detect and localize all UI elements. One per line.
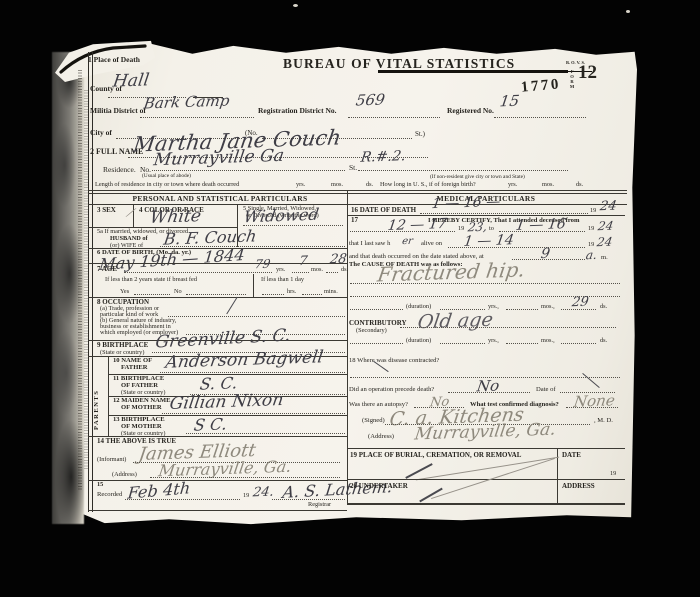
registrar-label: Registrar (308, 502, 331, 508)
militia-district-label: Militia District of (90, 107, 146, 115)
last-saw-er-value: er (401, 237, 413, 247)
rule (302, 294, 322, 295)
year-19-label: 19 (590, 208, 596, 214)
rule (88, 204, 627, 205)
rule (125, 499, 240, 500)
yrs-label: yrs. (296, 182, 305, 188)
mos-label: mos., (541, 338, 555, 344)
rule (243, 225, 343, 226)
duration-ds-value: 29 (571, 296, 589, 310)
cell-divider (133, 204, 134, 228)
disease-contracted-label: 18 Where was disease contracted? (349, 358, 439, 365)
rule (272, 499, 345, 500)
address-label: (Address) (368, 434, 394, 441)
color-race-value: White (149, 208, 202, 227)
item-15-label: 15 (97, 482, 103, 488)
column-divider (347, 190, 348, 505)
mos-label: mos. (311, 267, 323, 273)
yrs-label: yrs. (508, 182, 517, 188)
rule (140, 117, 254, 118)
yrs-label: yrs., (488, 338, 499, 344)
margin-fine-print (78, 70, 82, 490)
last-saw-label: that I last saw h (349, 241, 390, 248)
rule (186, 433, 345, 434)
last-saw-value: 1 — 14 (463, 233, 515, 249)
rule (506, 343, 538, 344)
rule (348, 117, 440, 118)
film-speck (626, 10, 630, 13)
last-saw-year: 24 (596, 236, 613, 249)
contributory-label: CONTRIBUTORY (349, 320, 407, 327)
mos-label: mos., (541, 304, 555, 310)
attended-to-value: 1 — 16 (515, 217, 567, 233)
cell-divider (253, 274, 254, 297)
rule (358, 170, 568, 171)
hrs-label: hrs. (287, 289, 296, 295)
mother-name-value: Gillian Nixon (168, 392, 284, 413)
year-19-label: 19 (458, 226, 464, 232)
county-value: Hall (112, 72, 150, 90)
mos-label: mos. (542, 182, 554, 188)
rule (420, 213, 588, 214)
secondary-label: (Secondary) (356, 328, 387, 334)
recorded-year-value: 24. (252, 486, 275, 500)
to-label: to (489, 226, 494, 232)
ds-label: ds. (600, 338, 607, 344)
registered-no-label: Registered No. (447, 107, 494, 115)
contributory-value: Old age (416, 311, 494, 333)
rule (561, 343, 596, 344)
age-yrs-value: 79 (254, 258, 271, 271)
date-of-death-year: 24 (599, 200, 617, 214)
rule (494, 117, 586, 118)
date-of-death-label: 16 DATE OF DEATH (351, 207, 416, 214)
mins-label: mins. (324, 289, 338, 295)
physician-address: Murrayville, Ga. (413, 422, 556, 444)
breast-fed-label: If less than 2 years state if breast fed (105, 277, 197, 283)
age-ds-value: 28 (329, 253, 347, 267)
city-st-label: St.) (415, 131, 425, 138)
rule (134, 294, 170, 295)
marital-value: Widowed (243, 207, 320, 226)
form-number: 12 (578, 63, 597, 82)
residence-st-label: St. (349, 164, 357, 172)
year-19-label: 19 (243, 493, 249, 499)
film-speck (293, 4, 298, 7)
registration-district-label: Registration District No. (258, 107, 337, 115)
address-column-label: ADDRESS (562, 483, 595, 490)
rule (326, 272, 338, 273)
informant-label: (Informant) (97, 457, 126, 463)
rule (168, 316, 345, 317)
ds-label: ds. (600, 304, 607, 310)
death-am-value: a. (585, 249, 598, 261)
age-label: 7 AGE (97, 266, 117, 273)
signed-label: (Signed) (362, 418, 385, 425)
form-word-vertical: FORM (569, 69, 574, 89)
yrs-label: yrs. (276, 267, 285, 273)
attended-from-year: 23, (467, 221, 488, 234)
nonresident-note: (If non-resident give city or town and S… (430, 175, 525, 180)
birthplace-label: 9 BIRTHPLACE (97, 342, 148, 349)
cell-divider (557, 479, 558, 503)
date-of-label: Date of (536, 387, 556, 394)
mother-birthplace-value: S C. (193, 416, 228, 433)
residence-label: Residence. (103, 166, 136, 174)
cell-divider (557, 448, 558, 479)
rule (160, 372, 345, 373)
item-17-label: 17 (351, 217, 358, 224)
cause-of-death-value: Fractured hip. (376, 259, 526, 284)
m-label: m. (601, 255, 608, 262)
recorded-label: Recorded (97, 492, 122, 499)
operation-label: Did an operation precede death? (349, 387, 434, 394)
city-label: City of (90, 129, 112, 137)
title-rule (378, 70, 568, 73)
rule (347, 215, 625, 216)
burial-label: 19 PLACE OF BURIAL, CREMATION, OR REMOVA… (350, 452, 521, 459)
rule (186, 294, 246, 295)
rule (350, 231, 455, 232)
rule (162, 413, 345, 414)
rule (88, 510, 347, 511)
registration-district-value: 569 (355, 93, 386, 109)
rule (150, 477, 340, 478)
duration-label: (duration) (406, 304, 431, 310)
rule (347, 448, 625, 449)
less-day-label: If less than 1 day (261, 277, 304, 283)
form-left-border (88, 52, 93, 512)
date-column-label: DATE (562, 452, 581, 459)
rule (88, 263, 347, 264)
no-label: No (174, 289, 182, 295)
alive-on-label: alive on (421, 241, 442, 248)
residence-st-value: R.#.2. (360, 149, 407, 165)
rule (350, 283, 620, 284)
rule (566, 407, 618, 408)
rule (506, 309, 538, 310)
father-birthplace-value: S. C. (199, 375, 239, 392)
date-of-death-value: 1 — 16 — (431, 195, 501, 211)
registered-no-value: 15 (499, 94, 520, 110)
ds-label: ds. (341, 267, 348, 273)
rule (160, 246, 345, 247)
scanned-death-certificate: 1 Place of Death BUREAU OF VITAL STATIST… (0, 0, 700, 597)
rule (440, 343, 485, 344)
small-19-label: 19 (610, 471, 616, 477)
father-name-label: FATHER (121, 365, 148, 372)
length-residence-label: Length of residence in city or town wher… (95, 182, 239, 188)
address-label: (Address) (112, 472, 137, 478)
rule (88, 190, 627, 191)
yes-label: Yes (120, 289, 129, 295)
rule (350, 309, 403, 310)
rule (347, 503, 625, 505)
rule (350, 343, 403, 344)
operation-value: No (476, 379, 500, 395)
year-19-label: 19 (588, 226, 594, 232)
page-title: BUREAU OF VITAL STATISTICS (283, 57, 515, 71)
place-of-death-label: 1 Place of Death (88, 56, 140, 64)
rule (292, 272, 309, 273)
left-section-title: PERSONAL AND STATISTICAL PARTICULARS (95, 195, 345, 203)
ds-label: ds. (366, 182, 373, 188)
undertaker-label: 20 UNDERTAKER (350, 483, 408, 490)
usual-abode-note: (Usual place of abode) (142, 174, 191, 179)
md-label: , M. D. (594, 418, 613, 425)
mother-name-label: OF MOTHER (121, 405, 162, 412)
duration-label: (duration) (406, 338, 431, 344)
residence-value: Murrayville Ga (152, 148, 285, 170)
rule (152, 170, 345, 171)
ds-label: ds. (576, 182, 583, 188)
militia-district-value: Bark Camp (143, 94, 231, 112)
attended-to-year: 24 (597, 220, 614, 233)
death-time-value: 9 (540, 247, 551, 261)
parents-label: PARENTS (94, 390, 101, 430)
sex-label: 3 SEX (97, 207, 116, 214)
mos-label: mos. (331, 182, 343, 188)
rule (262, 294, 284, 295)
rule (400, 327, 616, 328)
rule (124, 272, 272, 273)
how-long-us-label: How long in U. S., if of foreign birth? (380, 182, 476, 188)
